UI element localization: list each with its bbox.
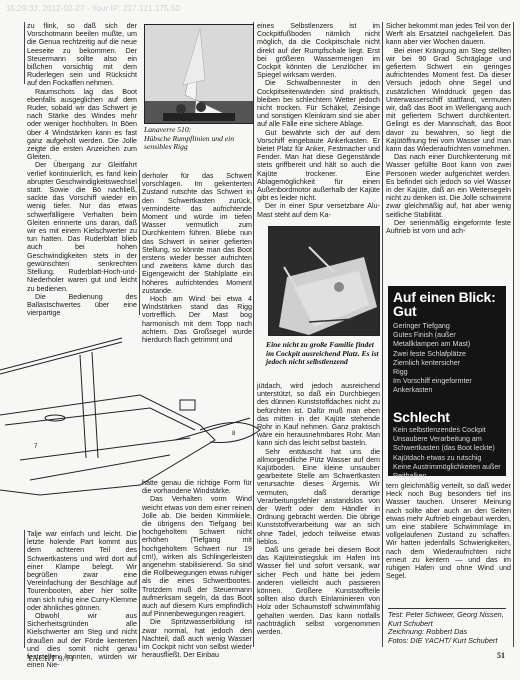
paragraph: eines Selbstlenzers ist im Cockpitfußbod… <box>257 22 380 79</box>
credit-test: Test: Peter Schweer, Georg Nissen, Kurt … <box>388 611 512 628</box>
paragraph: derholer für das Schwert vorschlagen. Im… <box>142 172 252 295</box>
good-item: Rigg <box>393 368 501 377</box>
bad-heading: Schlecht <box>393 410 501 424</box>
summary-title: Auf einen Blick: <box>393 290 501 304</box>
good-item: Gutes Finish (außer Metallklampen am Mas… <box>393 331 501 349</box>
column-rule <box>24 530 25 648</box>
good-item: Zwei feste Schlafplätze <box>393 350 501 359</box>
column-3-bottom: jütdach, wird jedoch ausreichend unterst… <box>257 382 380 636</box>
paragraph: Bei einer Krängung am Steg stellten wir … <box>386 47 511 154</box>
credits: Test: Peter Schweer, Georg Nissen, Kurt … <box>388 611 512 645</box>
photo-2-caption: Eine nicht zu große Familie findet im Co… <box>266 341 382 367</box>
paragraph: Gut bewährte sich der auf dem Vorschiff … <box>257 129 380 203</box>
credits-rule <box>388 608 506 609</box>
column-rule <box>24 22 25 84</box>
paragraph: Sehr enttäuscht hat uns die allmorgendli… <box>257 448 380 546</box>
paragraph: Talje war einfach und leicht. Die letzte… <box>27 530 137 612</box>
magazine-issue: YACHT 9/71 <box>27 654 75 663</box>
column-rule <box>382 22 383 647</box>
sailboat-photo <box>144 24 254 124</box>
paragraph: Die Spritzwasserbildung ist zwar normal,… <box>142 618 252 659</box>
good-item: Ziemlich kentersicher <box>393 359 501 368</box>
good-list: Geringer Tiefgang Gutes Finish (außer Me… <box>393 322 501 396</box>
bad-item: Kajütdach etwas zu rutschig <box>393 454 501 463</box>
sailboat-image <box>145 25 253 123</box>
paragraph: Raumschots lag das Boot ebenfalls ausgeg… <box>27 88 137 162</box>
boat-line-drawing: 7 8 <box>0 330 265 500</box>
drawing-label-7: 7 <box>34 444 38 450</box>
good-item: Im Vorschiff eingeformter Ankerkasten <box>393 377 501 395</box>
summary-box-bad: Schlecht Kein selbstlenzendes Cockpit Un… <box>388 408 506 476</box>
paragraph: zu flink, so daß sich der Vorschotmann b… <box>27 22 137 88</box>
column-1-bottom: Talje war einfach und leicht. Die letzte… <box>27 530 137 669</box>
column-2-top: derholer für das Schwert vorschlagen. Im… <box>142 172 252 344</box>
paragraph: Das Verhalten vorm Wind weicht etwas von… <box>142 495 252 618</box>
bad-item: Unsaubere Verarbeitung am Schwertkasten … <box>393 435 501 453</box>
paragraph: Der in einer Spur versetzbare Alu-Mast s… <box>257 202 380 218</box>
cockpit-photo <box>268 226 380 336</box>
paragraph: Die Bedienung des Ballastschwertes über … <box>27 293 137 318</box>
paragraph: hatte genau die richtige Form für die vo… <box>142 479 252 495</box>
bad-list: Kein selbstlenzendes Cockpit Unsaubere V… <box>393 426 501 481</box>
column-4-bottom: tern gleichmäßig verteilt, so daß weder … <box>386 482 511 580</box>
bad-item: Kein selbstlenzendes Cockpit <box>393 426 501 435</box>
column-1-top: zu flink, so daß sich der Vorschotmann b… <box>27 22 137 317</box>
column-2-bottom: hatte genau die richtige Form für die vo… <box>142 479 252 659</box>
column-3-top: eines Selbstlenzers ist im Cockpitfußbod… <box>257 22 380 219</box>
paragraph: tern gleichmäßig verteilt, so daß weder … <box>386 482 511 580</box>
paragraph: Der Übergang zur Gleitfahrt verlief kont… <box>27 161 137 292</box>
paragraph: jütdach, wird jedoch ausreichend unterst… <box>257 382 380 448</box>
credit-photos: Fotos: DIE YACHT/ Kurt Schubert <box>388 637 512 646</box>
paragraph: Der serienmäßig eingeformte feste Auftri… <box>386 219 511 235</box>
caption-text: Hübsche Rumpflinien und ein sensibles Ri… <box>144 135 254 152</box>
paragraph: Sicher bekommt man jedes Teil von der We… <box>386 22 511 47</box>
paragraph: Daß uns gerade bei diesem Boot das Kajüt… <box>257 546 380 636</box>
good-heading: Gut <box>393 304 501 318</box>
column-4-top: Sicher bekommt man jedes Teil von der We… <box>386 22 511 235</box>
cockpit-image <box>269 227 379 335</box>
photo-1-caption: Lanaverre 510: Hübsche Rumpflinien und e… <box>144 126 254 152</box>
page-number: 51 <box>497 651 505 660</box>
column-rule <box>513 22 514 647</box>
bad-item: Keine Austrimmöglichkeiten außer Reitbal… <box>393 463 501 481</box>
good-item: Geringer Tiefgang <box>393 322 501 331</box>
drawing-label-8: 8 <box>232 431 236 437</box>
paragraph: Die Schwalbennester in den Cockpitseiten… <box>257 79 380 128</box>
column-rule <box>139 170 140 315</box>
paragraph: Das nach einer Durchkenterung mit Wasser… <box>386 153 511 219</box>
column-rule <box>139 530 140 648</box>
download-timestamp: 15:29:33, 2012-02-27 - Your IP: 217.121.… <box>6 4 180 13</box>
